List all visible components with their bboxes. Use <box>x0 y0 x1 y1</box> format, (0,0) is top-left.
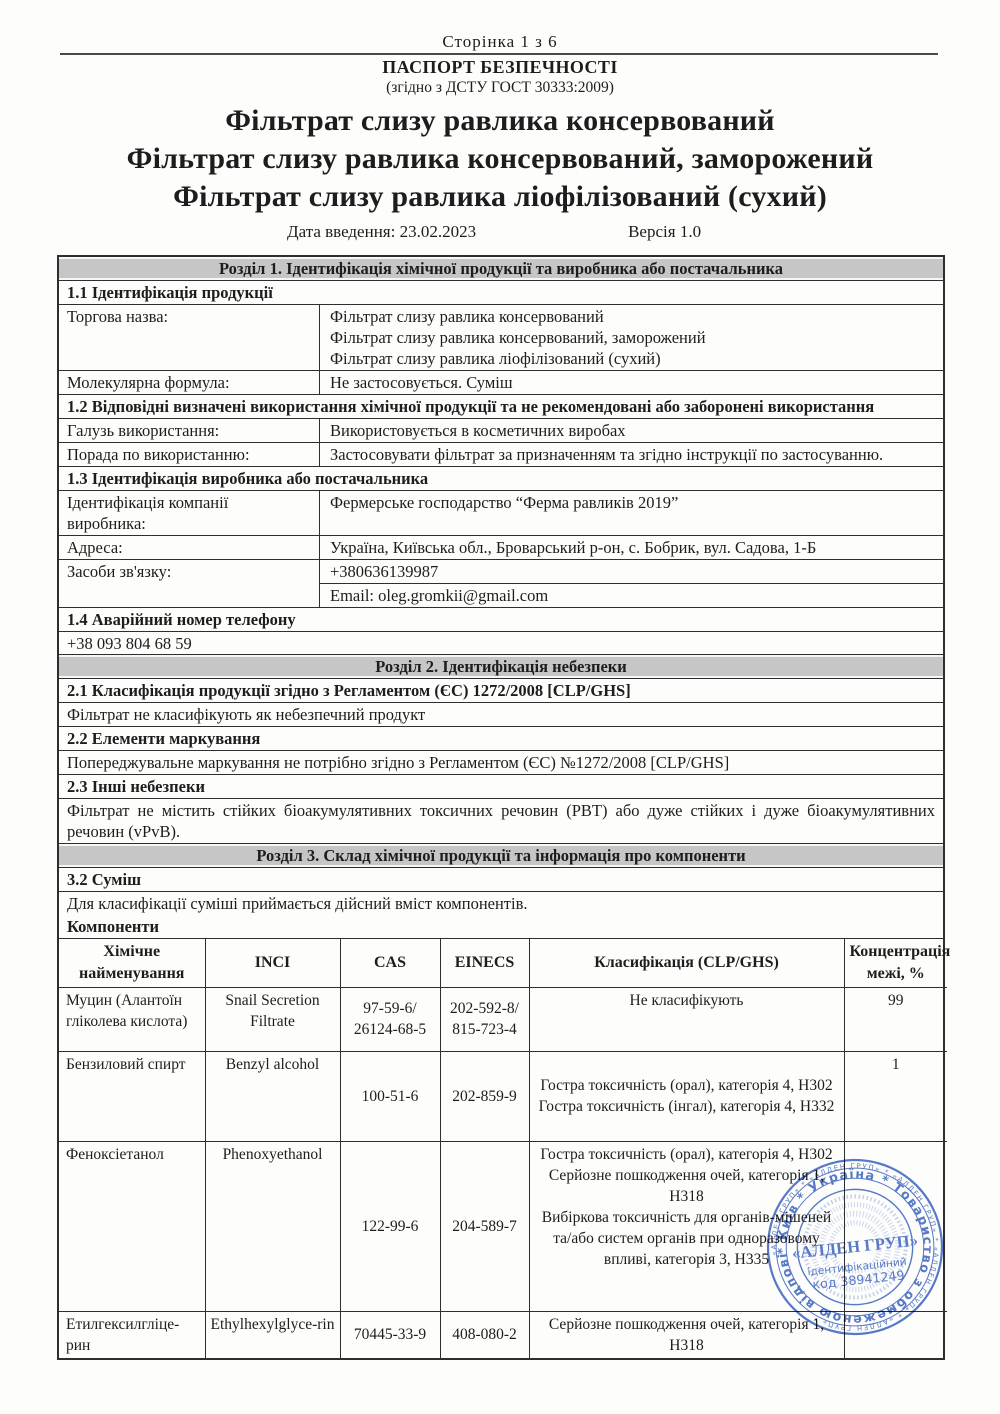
component-row-benzyl-alcohol: Бензиловий спирт Benzyl alcohol 100-51-6… <box>59 1051 947 1141</box>
header-rule <box>60 53 938 55</box>
contact-phone: +380636139987 <box>320 560 943 583</box>
component-einecs: 204-589-7 <box>440 1141 529 1311</box>
advice-value: Застосовувати фільтрат за призначенням т… <box>319 443 943 466</box>
component-concentration: 99 <box>844 987 947 1051</box>
component-name: Феноксіетанол <box>59 1141 205 1311</box>
col-cas: CAS <box>340 939 440 988</box>
component-einecs: 202-592-8/ 815-723-4 <box>440 987 529 1051</box>
section2-1-text: Фільтрат не класифікують як небезпечний … <box>59 703 943 727</box>
component-cas: 70445-33-9 <box>340 1311 440 1358</box>
col-concentration: Концентрація межі, % <box>844 939 947 988</box>
document-page: Сторінка 1 з 6 ПАСПОРТ БЕЗПЕЧНОСТІ (згід… <box>0 0 1000 1414</box>
component-name: Бензиловий спирт <box>59 1051 205 1141</box>
component-inci: Snail Secretion Filtrate <box>205 987 340 1051</box>
section2-3-title: 2.3 Інші небезпеки <box>59 775 943 799</box>
component-name: Етилгексилгліце-рин <box>59 1311 205 1358</box>
trade-name-value: Фільтрат слизу равлика консервований Філ… <box>319 305 943 370</box>
component-row-phenoxyethanol: Феноксіетанол Phenoxyethanol 122-99-6 20… <box>59 1141 947 1311</box>
component-concentration: 1 <box>844 1051 947 1141</box>
product-title-block: Фільтрат слизу равлика консервований Філ… <box>0 102 1000 216</box>
component-classification: Серйозне пошкодження очей, категорія 1, … <box>529 1311 844 1358</box>
col-inci: INCI <box>205 939 340 988</box>
component-cas: 97-59-6/ 26124-68-5 <box>340 987 440 1051</box>
col-chemical-name: Хімічне найменування <box>59 939 205 988</box>
company-row: Ідентифікація компанії виробника: Фермер… <box>59 491 943 536</box>
component-inci: Ethylhexylglyce-rin <box>205 1311 340 1358</box>
section2-2-text: Попереджувальне маркування не потрібно з… <box>59 751 943 775</box>
section3-2-title: 3.2 Суміш <box>59 868 943 892</box>
section1-4-title: 1.4 Аварійний номер телефону <box>59 608 943 632</box>
company-label: Ідентифікація компанії виробника: <box>59 491 319 535</box>
section2-1-title: 2.1 Класифікація продукції згідно з Регл… <box>59 679 943 703</box>
company-value: Фермерське господарство “Ферма равликів … <box>319 491 943 535</box>
contact-label: Засоби зв'язку: <box>59 560 319 607</box>
component-inci: Benzyl alcohol <box>205 1051 340 1141</box>
section3-header: Розділ 3. Склад хімічної продукції та ін… <box>59 843 943 868</box>
address-value: Україна, Київська обл., Броварський р-он… <box>319 536 943 559</box>
trade-name-row: Торгова назва: Фільтрат слизу равлика ко… <box>59 305 943 371</box>
col-classification: Класифікація (CLP/GHS) <box>529 939 844 988</box>
component-row-mucin: Муцин (Алантоїн гліколева кислота) Snail… <box>59 987 947 1051</box>
component-classification: Гостра токсичність (орал), категорія 4, … <box>529 1141 844 1311</box>
contact-email: Email: oleg.gromkii@gmail.com <box>320 583 943 607</box>
components-table: Хімічне найменування INCI CAS EINECS Кла… <box>59 939 947 1358</box>
doc-subtitle: (згідно з ДСТУ ГОСТ 30333:2009) <box>0 79 1000 97</box>
component-einecs: 202-859-9 <box>440 1051 529 1141</box>
industry-label: Галузь використання: <box>59 419 319 442</box>
component-cas: 100-51-6 <box>340 1051 440 1141</box>
industry-row: Галузь використання: Використовується в … <box>59 419 943 443</box>
component-classification: Не класифікують <box>529 987 844 1051</box>
component-cas: 122-99-6 <box>340 1141 440 1311</box>
section1-2-title: 1.2 Відповідні визначені використання хі… <box>59 395 943 419</box>
section3-2-text: Для класифікації суміші приймається дійс… <box>59 892 943 915</box>
section2-header: Розділ 2. Ідентифікація небезпеки <box>59 654 943 679</box>
address-row: Адреса: Україна, Київська обл., Броварсь… <box>59 536 943 560</box>
section1-header: Розділ 1. Ідентифікація хімічної продукц… <box>59 257 943 281</box>
components-header-row: Хімічне найменування INCI CAS EINECS Кла… <box>59 939 947 988</box>
section2-2-title: 2.2 Елементи маркування <box>59 727 943 751</box>
doc-version: Версія 1.0 <box>628 222 701 242</box>
formula-value: Не застосовується. Суміш <box>319 371 943 394</box>
components-label: Компоненти <box>59 915 943 939</box>
component-classification: Гостра токсичність (орал), категорія 4, … <box>529 1051 844 1141</box>
component-concentration <box>844 1311 947 1358</box>
doc-meta-row: Дата введення: 23.02.2023 Версія 1.0 <box>287 222 1000 242</box>
contact-row: Засоби зв'язку: +380636139987 Email: ole… <box>59 560 943 608</box>
contact-values: +380636139987 Email: oleg.gromkii@gmail.… <box>319 560 943 607</box>
emergency-phone: +38 093 804 68 59 <box>59 632 943 656</box>
product-title-line: Фільтрат слизу равлика консервований <box>0 102 1000 140</box>
intro-date: Дата введення: 23.02.2023 <box>287 222 476 242</box>
product-title-line: Фільтрат слизу равлика ліофілізований (с… <box>0 178 1000 216</box>
component-inci: Phenoxyethanol <box>205 1141 340 1311</box>
formula-row: Молекулярна формула: Не застосовується. … <box>59 371 943 395</box>
advice-row: Порада по використанню: Застосовувати фі… <box>59 443 943 467</box>
document-header: Сторінка 1 з 6 ПАСПОРТ БЕЗПЕЧНОСТІ (згід… <box>0 0 1000 242</box>
section2-3-text: Фільтрат не містить стійких біоакумуляти… <box>59 799 943 844</box>
sds-table: Розділ 1. Ідентифікація хімічної продукц… <box>57 255 945 1360</box>
doc-title: ПАСПОРТ БЕЗПЕЧНОСТІ <box>0 57 1000 78</box>
trade-name-label: Торгова назва: <box>59 305 319 370</box>
col-einecs: EINECS <box>440 939 529 988</box>
product-title-line: Фільтрат слизу равлика консервований, за… <box>0 140 1000 178</box>
component-name: Муцин (Алантоїн гліколева кислота) <box>59 987 205 1051</box>
advice-label: Порада по використанню: <box>59 443 319 466</box>
address-label: Адреса: <box>59 536 319 559</box>
formula-label: Молекулярна формула: <box>59 371 319 394</box>
section1-3-title: 1.3 Ідентифікація виробника або постачал… <box>59 467 943 491</box>
section1-1-title: 1.1 Ідентифікація продукції <box>59 281 943 305</box>
component-concentration <box>844 1141 947 1311</box>
component-einecs: 408-080-2 <box>440 1311 529 1358</box>
page-number: Сторінка 1 з 6 <box>0 32 1000 52</box>
component-row-ethylhexylglycerin: Етилгексилгліце-рин Ethylhexylglyce-rin … <box>59 1311 947 1358</box>
industry-value: Використовується в косметичних виробах <box>319 419 943 442</box>
